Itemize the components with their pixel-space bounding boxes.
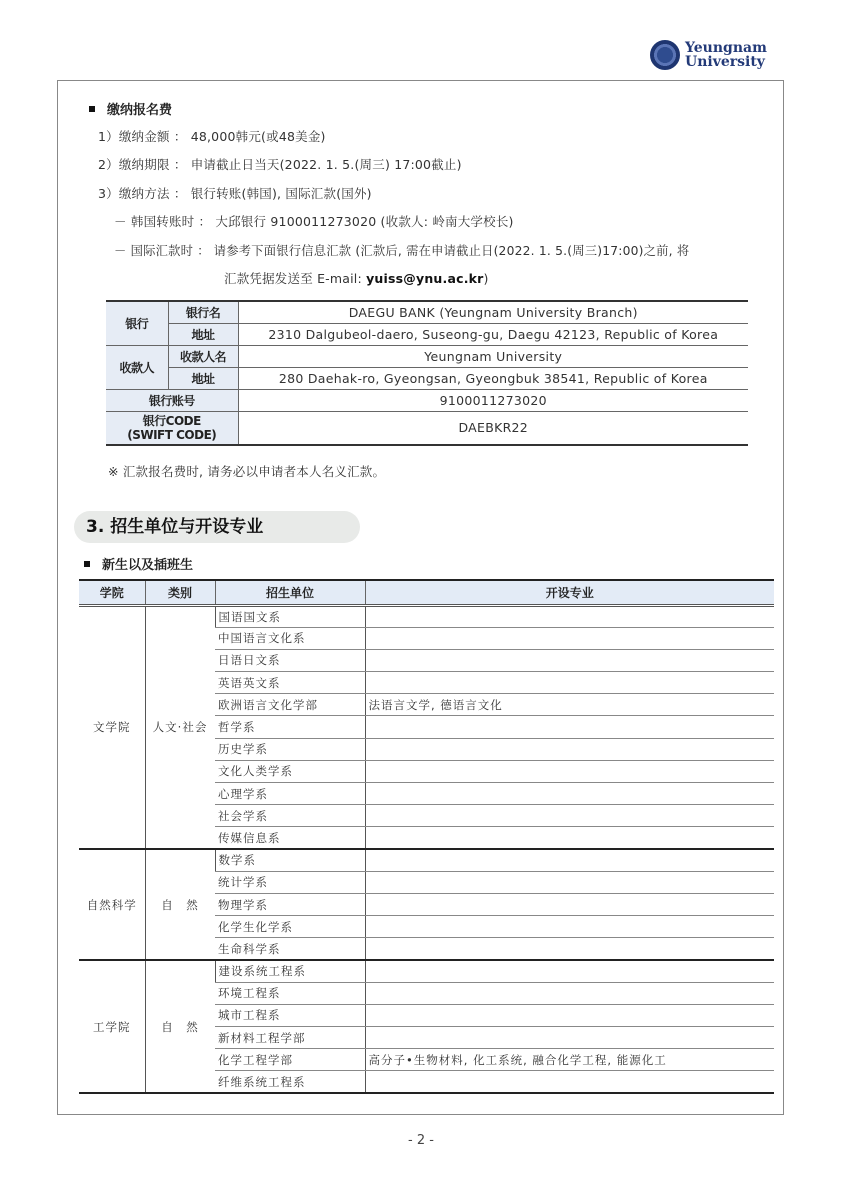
majors-cell — [365, 960, 774, 982]
square-bullet-icon — [84, 561, 90, 567]
majors-cell — [365, 1027, 774, 1049]
majors-cell — [365, 627, 774, 649]
bank-info-table: 银行 银行名 DAEGU BANK (Yeungnam University B… — [106, 300, 748, 446]
logo-line2: University — [685, 55, 767, 69]
unit-cell: 文化人类学系 — [215, 760, 365, 782]
account-row: 银行账号 9100011273020 — [106, 389, 748, 411]
header-category: 类别 — [145, 580, 215, 605]
unit-cell: 日语日文系 — [215, 649, 365, 671]
majors-cell — [365, 982, 774, 1004]
payee-addr-label: 地址 — [168, 367, 238, 389]
majors-cell: 高分子•生物材料, 化工系统, 融合化学工程, 能源化工 — [365, 1049, 774, 1071]
swift-value: DAEBKR22 — [238, 411, 748, 445]
payee-group-label: 收款人 — [106, 345, 168, 389]
category-cell: 自 然 — [145, 849, 215, 960]
unit-cell: 化学生化学系 — [215, 916, 365, 938]
payee-addr-row: 地址 280 Daehak-ro, Gyeongsan, Gyeongbuk 3… — [106, 367, 748, 389]
unit-cell: 新材料工程学部 — [215, 1027, 365, 1049]
college-cell: 自然科学 — [79, 849, 145, 960]
unit-cell: 建设系统工程系 — [215, 960, 365, 982]
fee-heading-text: 缴纳报名费 — [107, 99, 172, 118]
bank-name-label: 银行名 — [168, 301, 238, 323]
payee-name-row: 收款人 收款人名 Yeungnam University — [106, 345, 748, 367]
college-cell: 文学院 — [79, 605, 145, 849]
unit-cell: 生命科学系 — [215, 938, 365, 960]
header-college: 学院 — [79, 580, 145, 605]
majors-cell — [365, 605, 774, 627]
unit-cell: 国语国文系 — [215, 605, 365, 627]
payee-name-value: Yeungnam University — [238, 345, 748, 367]
unit-cell: 纤维系统工程系 — [215, 1071, 365, 1093]
majors-cell — [365, 716, 774, 738]
bank-addr-label: 地址 — [168, 323, 238, 345]
bank-name-value: DAEGU BANK (Yeungnam University Branch) — [238, 301, 748, 323]
fee-deadline: 2）缴纳期限 ： 申请截止日当天(2022. 1. 5.(周三) 17:00截止… — [98, 155, 462, 173]
bank-addr-value: 2310 Dalgubeol-daero, Suseong-gu, Daegu … — [238, 323, 748, 345]
header-unit: 招生单位 — [215, 580, 365, 605]
university-emblem-icon — [650, 40, 680, 70]
unit-cell: 化学工程学部 — [215, 1049, 365, 1071]
intl-transfer: － 国际汇款时 ： 请参考下面银行信息汇款 (汇款后, 需在申请截止日(2022… — [114, 241, 689, 259]
unit-cell: 中国语言文化系 — [215, 627, 365, 649]
majors-cell — [365, 893, 774, 915]
payee-name-label: 收款人名 — [168, 345, 238, 367]
page-number: - 2 - — [0, 1133, 842, 1148]
college-cell: 工学院 — [79, 960, 145, 1093]
unit-cell: 历史学系 — [215, 738, 365, 760]
unit-cell: 英语英文系 — [215, 672, 365, 694]
majors-cell — [365, 738, 774, 760]
majors-cell — [365, 672, 774, 694]
email-link[interactable]: yuiss@ynu.ac.kr — [366, 271, 483, 286]
section-3-title: 3. 招生单位与开设专业 — [74, 511, 360, 543]
unit-cell: 物理学系 — [215, 893, 365, 915]
majors-cell — [365, 783, 774, 805]
swift-label: 银行CODE (SWIFT CODE) — [106, 411, 238, 445]
korea-transfer: － 韩国转账时 ： 大邱银行 9100011273020 (收款人: 岭南大学校… — [114, 212, 514, 230]
logo-line1: Yeungnam — [685, 41, 767, 55]
unit-cell: 哲学系 — [215, 716, 365, 738]
unit-cell: 数学系 — [215, 849, 365, 871]
majors-cell — [365, 1071, 774, 1093]
intl-transfer-cont: 汇款凭据发送至 E-mail: yuiss@ynu.ac.kr) — [224, 269, 489, 287]
fee-heading: 缴纳报名费 — [89, 99, 172, 118]
section-3-subheading-text: 新生以及插班生 — [102, 554, 193, 573]
majors-cell — [365, 1004, 774, 1026]
unit-cell: 传媒信息系 — [215, 827, 365, 849]
bank-group-label: 银行 — [106, 301, 168, 345]
majors-cell — [365, 827, 774, 849]
category-cell: 人文·社会 — [145, 605, 215, 849]
intl-transfer-cont-text: 汇款凭据发送至 E-mail: — [224, 271, 366, 286]
majors-cell — [365, 760, 774, 782]
majors-cell — [365, 871, 774, 893]
account-label: 银行账号 — [106, 389, 238, 411]
table-row: 工学院自 然建设系统工程系 — [79, 960, 774, 982]
swift-label-line1: 银行CODE — [110, 414, 234, 428]
majors-cell: 法语言文学, 德语言文化 — [365, 694, 774, 716]
unit-cell: 社会学系 — [215, 805, 365, 827]
majors-header-row: 学院 类别 招生单位 开设专业 — [79, 580, 774, 605]
category-cell: 自 然 — [145, 960, 215, 1093]
unit-cell: 环境工程系 — [215, 982, 365, 1004]
remittance-note: ※ 汇款报名费时, 请务必以申请者本人名义汇款。 — [108, 462, 385, 480]
payee-addr-value: 280 Daehak-ro, Gyeongsan, Gyeongbuk 3854… — [238, 367, 748, 389]
swift-label-line2: (SWIFT CODE) — [110, 428, 234, 442]
table-row: 文学院人文·社会国语国文系 — [79, 605, 774, 627]
table-row: 自然科学自 然数学系 — [79, 849, 774, 871]
majors-table: 学院 类别 招生单位 开设专业 文学院人文·社会国语国文系中国语言文化系日语日文… — [79, 579, 774, 1094]
majors-cell — [365, 938, 774, 960]
fee-method: 3）缴纳方法 ： 银行转账(韩国), 国际汇款(国外) — [98, 184, 372, 202]
fee-amount: 1）缴纳金额 ： 48,000韩元(或48美金) — [98, 127, 326, 145]
bank-name-row: 银行 银行名 DAEGU BANK (Yeungnam University B… — [106, 301, 748, 323]
swift-row: 银行CODE (SWIFT CODE) DAEBKR22 — [106, 411, 748, 445]
unit-cell: 城市工程系 — [215, 1004, 365, 1026]
account-value: 9100011273020 — [238, 389, 748, 411]
unit-cell: 心理学系 — [215, 783, 365, 805]
unit-cell: 欧洲语言文化学部 — [215, 694, 365, 716]
section-3-subheading: 新生以及插班生 — [84, 554, 193, 573]
header-majors: 开设专业 — [365, 580, 774, 605]
majors-cell — [365, 916, 774, 938]
university-logo: Yeungnam University — [650, 40, 767, 70]
close-paren: ) — [484, 271, 489, 286]
square-bullet-icon — [89, 106, 95, 112]
majors-cell — [365, 805, 774, 827]
majors-cell — [365, 649, 774, 671]
bank-addr-row: 地址 2310 Dalgubeol-daero, Suseong-gu, Dae… — [106, 323, 748, 345]
majors-cell — [365, 849, 774, 871]
unit-cell: 统计学系 — [215, 871, 365, 893]
logo-text: Yeungnam University — [685, 41, 767, 69]
